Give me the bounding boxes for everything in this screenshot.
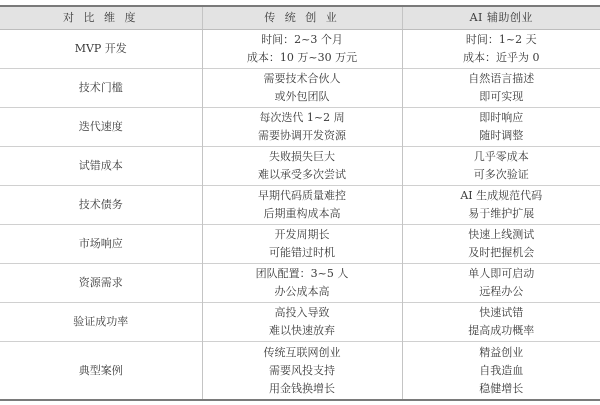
cell-ai: 即时响应随时调整 — [402, 108, 600, 147]
cell-line: 单人即可启动 — [403, 265, 600, 283]
comparison-table: 对 比 维 度 传 统 创 业 AI 辅助创业 MVP 开发时间：2~3 个月成… — [0, 5, 600, 401]
cell-ai: 自然语言描述即可实现 — [402, 69, 600, 108]
cell-dimension: 迭代速度 — [0, 108, 202, 147]
cell-traditional: 开发周期长可能错过时机 — [202, 225, 402, 264]
table-row: 典型案例传统互联网创业需要风投支持用金钱换增长精益创业自我造血稳健增长 — [0, 342, 600, 401]
cell-line: 远程办公 — [403, 283, 600, 301]
cell-line: 快速试错 — [403, 304, 600, 322]
cell-line: 后期重构成本高 — [203, 205, 402, 223]
cell-dimension: 技术债务 — [0, 186, 202, 225]
cell-line: 失败损失巨大 — [203, 148, 402, 166]
cell-line: 可能错过时机 — [203, 244, 402, 262]
cell-line: 时间：2~3 个月 — [203, 31, 402, 49]
cell-line: 提高成功概率 — [403, 322, 600, 340]
cell-line: 高投入导致 — [203, 304, 402, 322]
cell-line: 团队配置：3~5 人 — [203, 265, 402, 283]
table-row: 迭代速度每次迭代 1~2 周需要协调开发资源即时响应随时调整 — [0, 108, 600, 147]
cell-dimension: 试错成本 — [0, 147, 202, 186]
cell-line: 即时响应 — [403, 109, 600, 127]
table-header-row: 对 比 维 度 传 统 创 业 AI 辅助创业 — [0, 6, 600, 30]
cell-line: 每次迭代 1~2 周 — [203, 109, 402, 127]
cell-traditional: 时间：2~3 个月成本：10 万~30 万元 — [202, 30, 402, 69]
cell-line: 稳健增长 — [403, 380, 600, 398]
cell-dimension: 市场响应 — [0, 225, 202, 264]
cell-line: 几乎零成本 — [403, 148, 600, 166]
cell-line: 或外包团队 — [203, 88, 402, 106]
table-row: 验证成功率高投入导致难以快速放弃快速试错提高成功概率 — [0, 303, 600, 342]
cell-ai: 快速试错提高成功概率 — [402, 303, 600, 342]
cell-ai: 单人即可启动远程办公 — [402, 264, 600, 303]
cell-line: 可多次验证 — [403, 166, 600, 184]
cell-ai: 精益创业自我造血稳健增长 — [402, 342, 600, 401]
cell-ai: 时间：1~2 天成本：近乎为 0 — [402, 30, 600, 69]
cell-dimension: 资源需求 — [0, 264, 202, 303]
cell-dimension: MVP 开发 — [0, 30, 202, 69]
header-ai: AI 辅助创业 — [402, 6, 600, 30]
cell-line: 开发周期长 — [203, 226, 402, 244]
cell-line: 需要协调开发资源 — [203, 127, 402, 145]
cell-line: 用金钱换增长 — [203, 380, 402, 398]
cell-line: 传统互联网创业 — [203, 344, 402, 362]
cell-traditional: 需要技术合伙人或外包团队 — [202, 69, 402, 108]
cell-line: 时间：1~2 天 — [403, 31, 600, 49]
cell-line: 难以承受多次尝试 — [203, 166, 402, 184]
table-row: 试错成本失败损失巨大难以承受多次尝试几乎零成本可多次验证 — [0, 147, 600, 186]
cell-traditional: 每次迭代 1~2 周需要协调开发资源 — [202, 108, 402, 147]
cell-line: 早期代码质量难控 — [203, 187, 402, 205]
cell-line: AI 生成规范代码 — [403, 187, 600, 205]
table-row: 市场响应开发周期长可能错过时机快速上线测试及时把握机会 — [0, 225, 600, 264]
cell-line: 自我造血 — [403, 362, 600, 380]
cell-line: 难以快速放弃 — [203, 322, 402, 340]
cell-line: 即可实现 — [403, 88, 600, 106]
cell-line: 及时把握机会 — [403, 244, 600, 262]
cell-line: 随时调整 — [403, 127, 600, 145]
cell-traditional: 失败损失巨大难以承受多次尝试 — [202, 147, 402, 186]
cell-line: 办公成本高 — [203, 283, 402, 301]
cell-line: 易于维护扩展 — [403, 205, 600, 223]
cell-dimension: 验证成功率 — [0, 303, 202, 342]
table-row: 资源需求团队配置：3~5 人办公成本高单人即可启动远程办公 — [0, 264, 600, 303]
table-row: MVP 开发时间：2~3 个月成本：10 万~30 万元时间：1~2 天成本：近… — [0, 30, 600, 69]
cell-dimension: 典型案例 — [0, 342, 202, 401]
header-traditional: 传 统 创 业 — [202, 6, 402, 30]
cell-traditional: 团队配置：3~5 人办公成本高 — [202, 264, 402, 303]
cell-traditional: 早期代码质量难控后期重构成本高 — [202, 186, 402, 225]
cell-ai: 几乎零成本可多次验证 — [402, 147, 600, 186]
cell-ai: AI 生成规范代码易于维护扩展 — [402, 186, 600, 225]
cell-traditional: 高投入导致难以快速放弃 — [202, 303, 402, 342]
header-dimension: 对 比 维 度 — [0, 6, 202, 30]
cell-line: 精益创业 — [403, 344, 600, 362]
cell-line: 需要技术合伙人 — [203, 70, 402, 88]
table-row: 技术门槛需要技术合伙人或外包团队自然语言描述即可实现 — [0, 69, 600, 108]
cell-dimension: 技术门槛 — [0, 69, 202, 108]
cell-traditional: 传统互联网创业需要风投支持用金钱换增长 — [202, 342, 402, 401]
cell-line: 成本：近乎为 0 — [403, 49, 600, 67]
cell-line: 成本：10 万~30 万元 — [203, 49, 402, 67]
cell-ai: 快速上线测试及时把握机会 — [402, 225, 600, 264]
cell-line: 快速上线测试 — [403, 226, 600, 244]
cell-line: 自然语言描述 — [403, 70, 600, 88]
cell-line: 需要风投支持 — [203, 362, 402, 380]
table-row: 技术债务早期代码质量难控后期重构成本高AI 生成规范代码易于维护扩展 — [0, 186, 600, 225]
